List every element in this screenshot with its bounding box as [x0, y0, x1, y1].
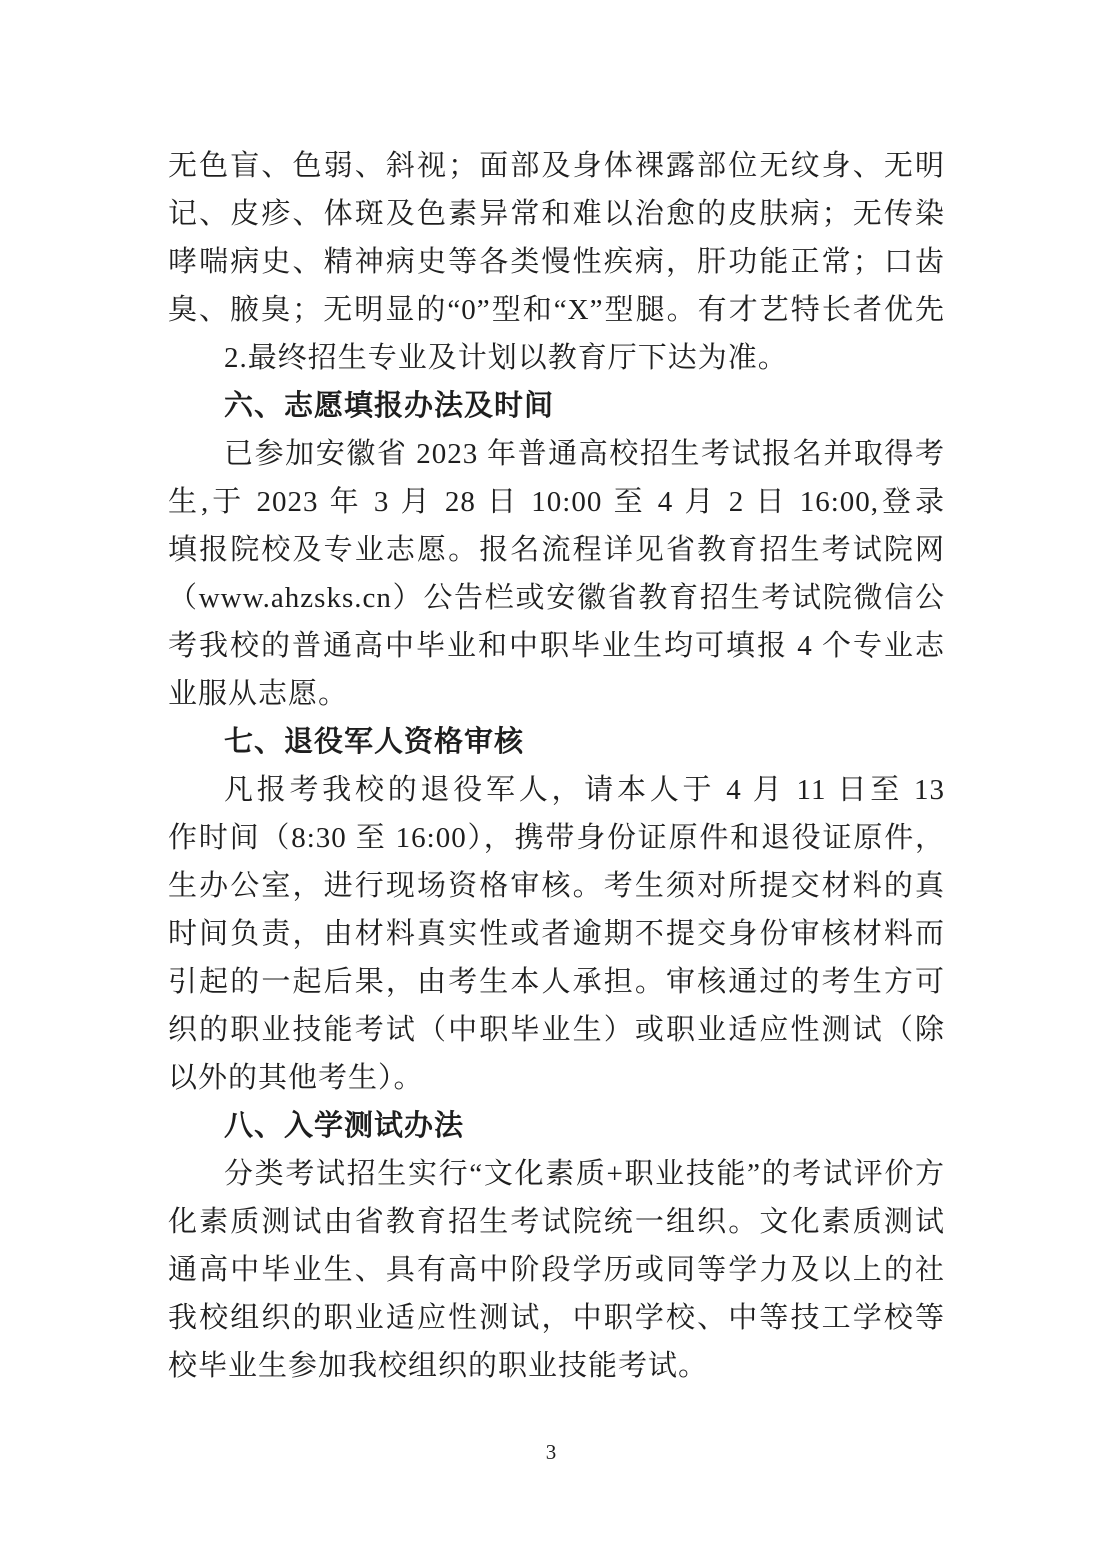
paragraph-line: 时间负责，由材料真实性或者逾期不提交身份审核材料而影响考试的， — [168, 910, 945, 958]
paragraph-line: 2.最终招生专业及计划以教育厅下达为准。 — [168, 334, 945, 382]
page-number: 3 — [0, 1438, 1102, 1466]
section-heading-entrance-test: 八、入学测试办法 — [168, 1102, 945, 1150]
paragraph-line: 我校组织的职业适应性测试，中职学校、中等技工学校等中等职业学 — [168, 1294, 945, 1342]
paragraph-line: 生办公室，进行现场资格审核。考生须对所提交材料的真实性和提交 — [168, 862, 945, 910]
paragraph-line: 分类考试招生实行“文化素质+职业技能”的考试评价方式。文 — [168, 1150, 945, 1198]
paragraph-line: 通高中毕业生、具有高中阶段学历或同等学力及以上的社会人员参加 — [168, 1246, 945, 1294]
paragraph-line: 哮喘病史、精神病史等各类慢性疾病，肝功能正常；口齿清楚，无口 — [168, 238, 945, 286]
paragraph-line: 填报院校及专业志愿。报名流程详见省教育招生考试院网站 — [168, 526, 945, 574]
document-page: 无色盲、色弱、斜视；面部及身体裸露部位无纹身、无明显疤痕、胎 记、皮疹、体斑及色… — [0, 0, 1102, 1559]
paragraph-line: 引起的一起后果，由考生本人承担。审核通过的考生方可进行我校组 — [168, 958, 945, 1006]
paragraph-line: 业服从志愿。 — [168, 670, 945, 718]
section-heading-veteran-review: 七、退役军人资格审核 — [168, 718, 945, 766]
paragraph-line: 已参加安徽省 2023 年普通高校招生考试报名并取得考生号的考 — [168, 430, 945, 478]
paragraph-line: （www.ahzsks.cn）公告栏或安徽省教育招生考试院微信公众号。报 — [168, 574, 945, 622]
paragraph-line: 化素质测试由省教育招生考试院统一组织。文化素质测试合格者，普 — [168, 1198, 945, 1246]
paragraph-line: 以外的其他考生）。 — [168, 1054, 945, 1102]
paragraph-line: 记、皮疹、体斑及色素异常和难以治愈的皮肤病；无传染病、心脏病、 — [168, 190, 945, 238]
section-heading-volunteer-application: 六、志愿填报办法及时间 — [168, 382, 945, 430]
paragraph-line: 考我校的普通高中毕业和中职毕业生均可填报 4 个专业志愿和 1 个专 — [168, 622, 945, 670]
paragraph-line: 无色盲、色弱、斜视；面部及身体裸露部位无纹身、无明显疤痕、胎 — [168, 142, 945, 190]
paragraph-line: 生,于 2023 年 3 月 28 日 10:00 至 4 月 2 日 16:0… — [168, 478, 945, 526]
paragraph-line: 凡报考我校的退役军人，请本人于 4 月 11 日至 13 日，每天的工 — [168, 766, 945, 814]
paragraph-line: 校毕业生参加我校组织的职业技能考试。 — [168, 1342, 945, 1390]
paragraph-line: 臭、腋臭；无明显的“0”型和“X”型腿。有才艺特长者优先录取。 — [168, 286, 945, 334]
paragraph-line: 作时间（8:30 至 16:00），携带身份证原件和退役证原件，到我校招 — [168, 814, 945, 862]
paragraph-line: 织的职业技能考试（中职毕业生）或职业适应性测试（除中职毕业生 — [168, 1006, 945, 1054]
